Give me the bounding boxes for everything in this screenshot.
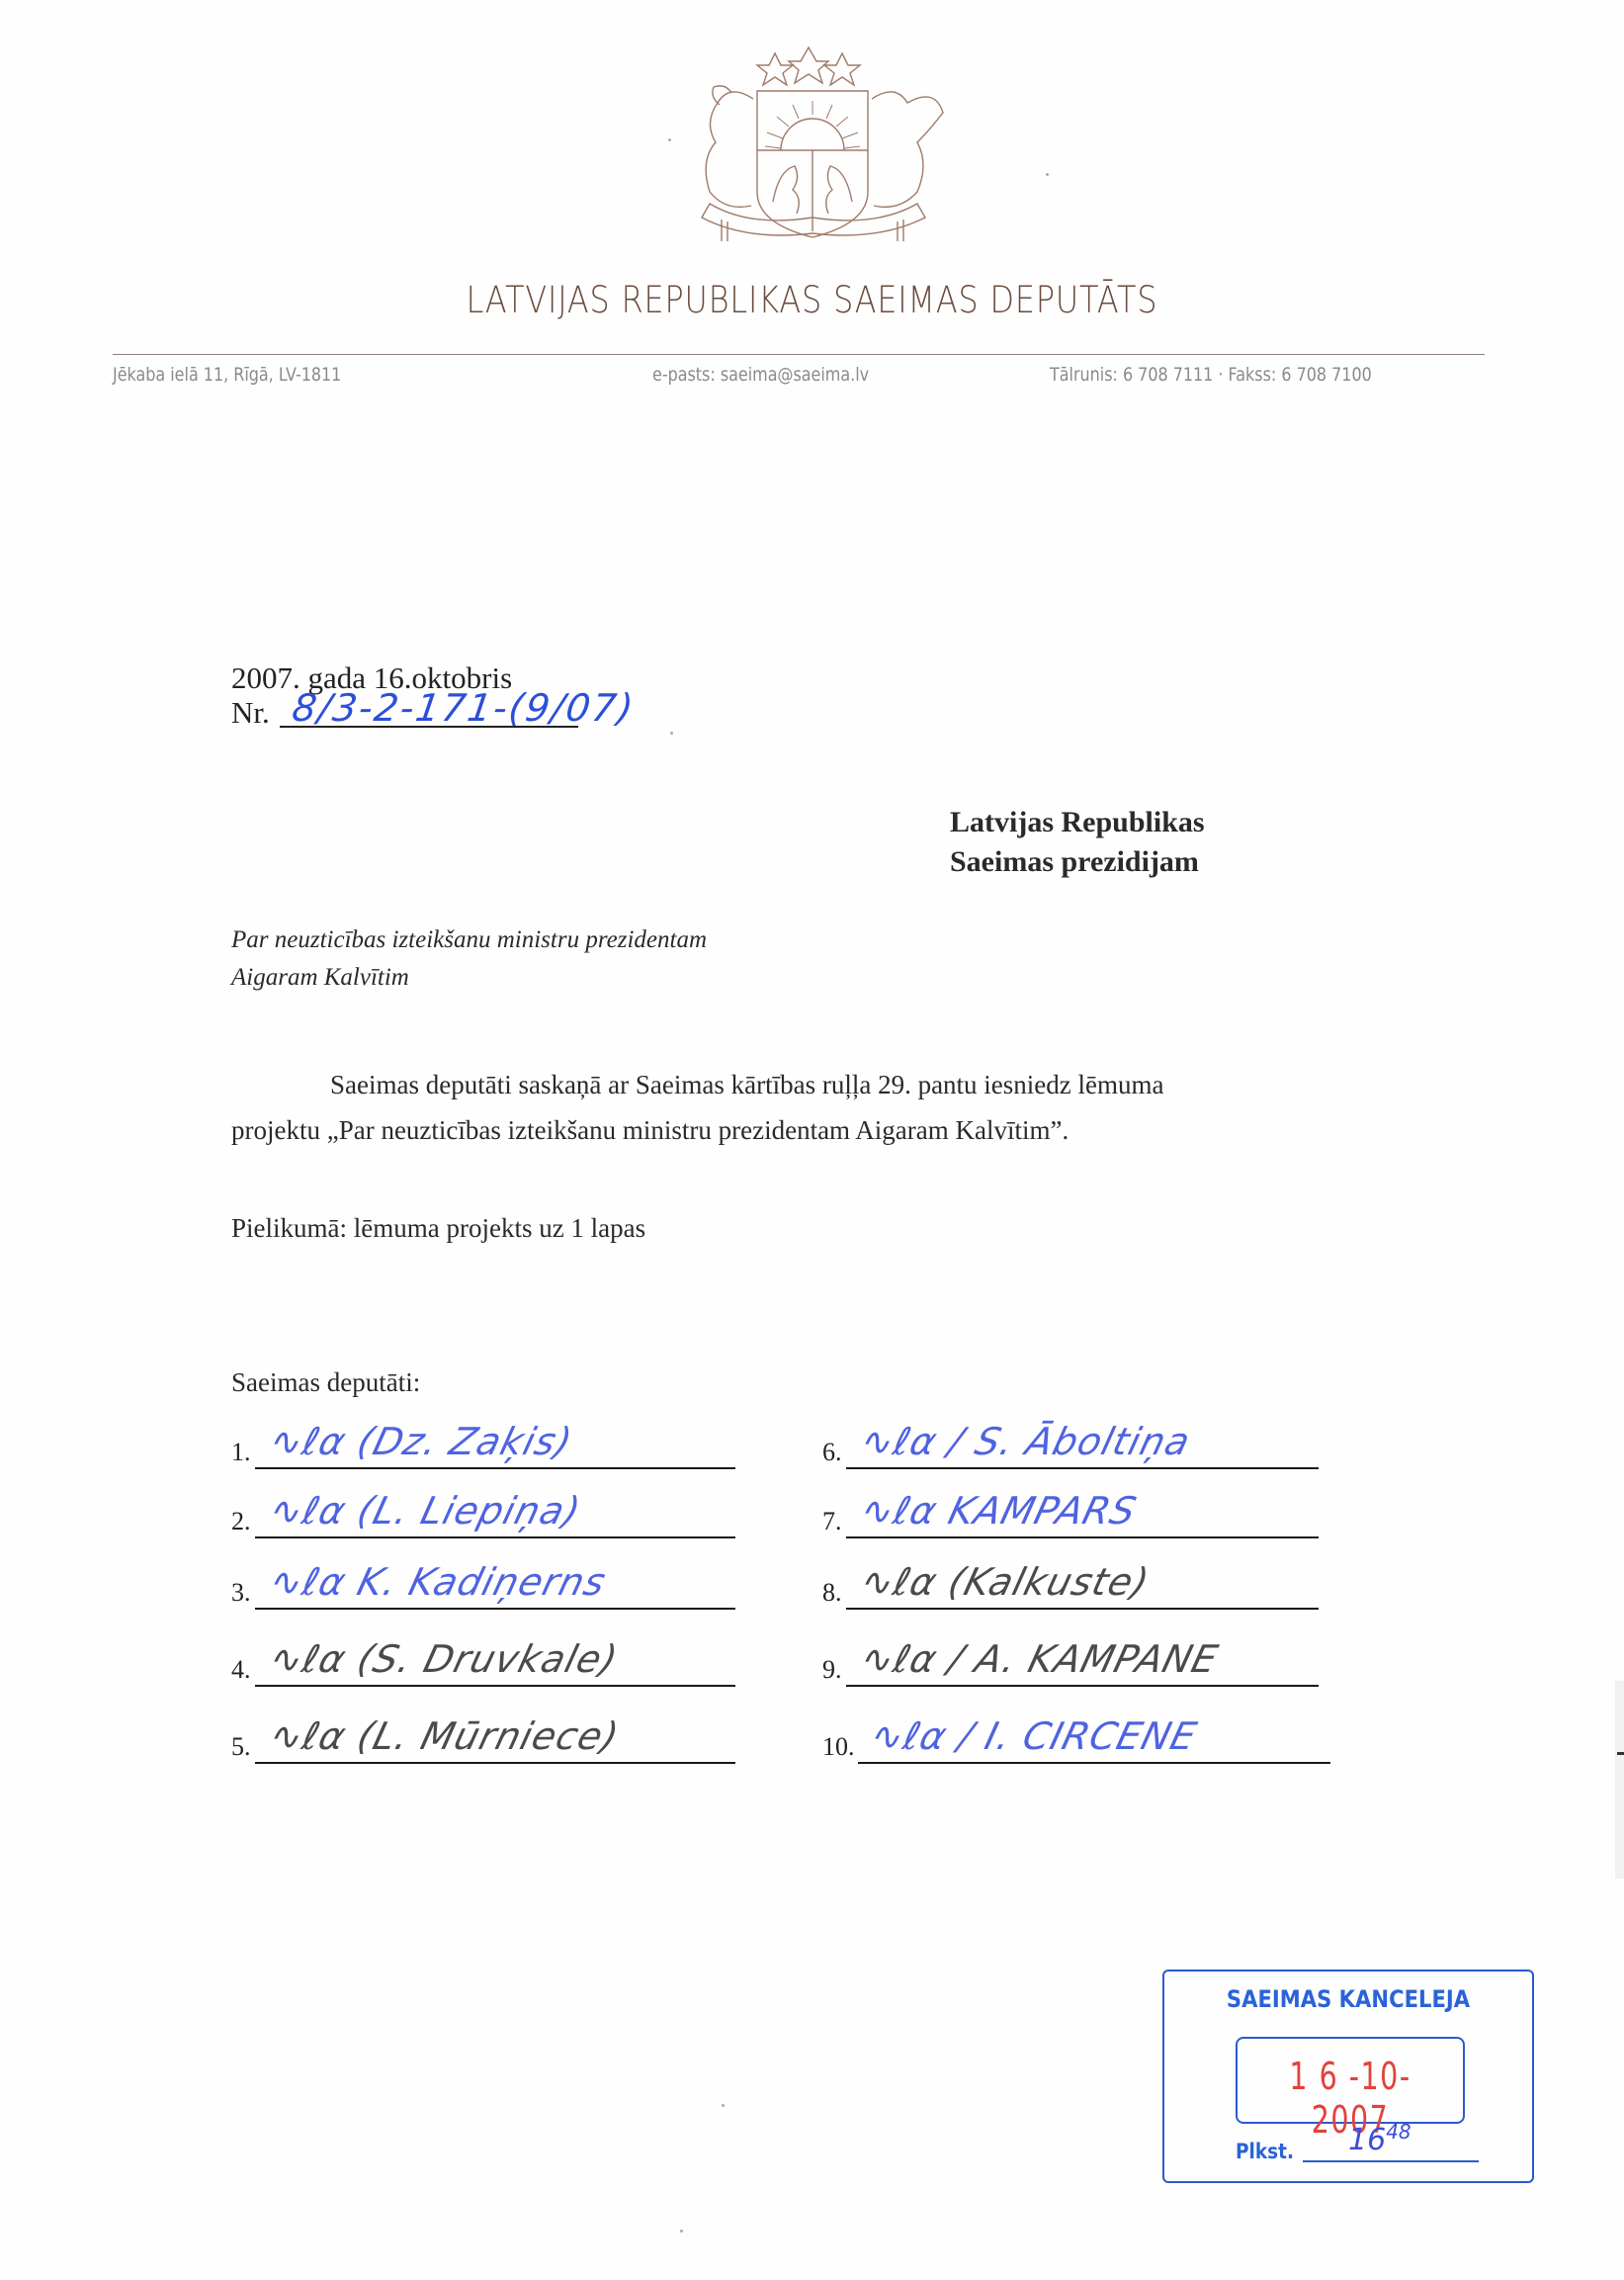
signature-row: 1.∿ℓα (Dz. Zaķis) xyxy=(231,1410,923,1469)
received-stamp: SAEIMAS KANCELEJA 1 6 -10- 2007 Plkst. 1… xyxy=(1162,1970,1534,2183)
signature-line xyxy=(846,1685,1319,1687)
signature-line xyxy=(255,1762,735,1764)
signature-number: 2. xyxy=(231,1507,251,1536)
scan-speck xyxy=(1046,173,1049,176)
stamp-time-label: Plkst. xyxy=(1236,2140,1294,2163)
signature-number: 4. xyxy=(231,1655,251,1685)
body-line: projektu „Par neuzticības izteikšanu min… xyxy=(231,1107,1358,1153)
signature-line xyxy=(255,1685,735,1687)
letterhead-divider xyxy=(113,354,1485,355)
signature-row: 5.∿ℓα (L. Mūrniece) xyxy=(231,1705,923,1764)
letterhead-email: e-pasts: saeima@saeima.lv xyxy=(652,364,869,386)
handwritten-signature: ∿ℓα KAMPARS xyxy=(857,1489,1142,1533)
signature-number: 9. xyxy=(822,1655,842,1685)
coat-of-arms-icon xyxy=(670,44,957,246)
scan-speck xyxy=(722,2104,725,2107)
signatures-heading: Saeimas deputāti: xyxy=(231,1367,420,1398)
scan-edge xyxy=(1615,1681,1624,1879)
signature-number: 5. xyxy=(231,1732,251,1762)
signature-row: 2.∿ℓα (L. Liepiņa) xyxy=(231,1479,923,1538)
body-line: Saeimas deputāti saskaņā ar Saeimas kārt… xyxy=(330,1070,1164,1099)
signature-number: 10. xyxy=(822,1732,855,1762)
signature-line xyxy=(846,1467,1319,1469)
stamp-date-box: 1 6 -10- 2007 xyxy=(1236,2037,1465,2124)
signature-number: 7. xyxy=(822,1507,842,1536)
signature-line xyxy=(255,1467,735,1469)
stamp-time-handwritten: 1648 xyxy=(1348,2120,1411,2157)
scan-speck xyxy=(680,2230,683,2233)
signature-number: 6. xyxy=(822,1438,842,1467)
scan-speck xyxy=(670,732,673,735)
letterhead-title: LATVIJAS REPUBLIKAS SAEIMAS DEPUTĀTS xyxy=(114,279,1510,321)
signature-line xyxy=(858,1762,1330,1764)
document-page: LATVIJAS REPUBLIKAS SAEIMAS DEPUTĀTS Jēk… xyxy=(0,0,1624,2280)
stamp-title: SAEIMAS KANCELEJA xyxy=(1186,1985,1509,2013)
signature-number: 3. xyxy=(231,1578,251,1608)
recipient-block: Latvijas Republikas Saeimas prezidijam xyxy=(950,803,1205,882)
signature-row: 4.∿ℓα (S. Druvkale) xyxy=(231,1627,923,1687)
subject-line: Aigaram Kalvītim xyxy=(231,959,707,997)
scan-edge-mark xyxy=(1617,1752,1624,1755)
signature-row: 6.∿ℓα / S. Āboltiņa xyxy=(822,1410,1514,1469)
signature-row: 8.∿ℓα (Kalkuste) xyxy=(822,1550,1514,1610)
signature-row: 3.∿ℓα K. Kadiņerns xyxy=(231,1550,923,1610)
handwritten-signature: ∿ℓα (L. Mūrniece) xyxy=(266,1714,624,1758)
stamp-time-underline xyxy=(1303,2160,1479,2162)
signature-line xyxy=(846,1536,1319,1538)
body-paragraph: Saeimas deputāti saskaņā ar Saeimas kārt… xyxy=(231,1062,1358,1153)
document-number-handwritten: 8/3-2-171-(9/07) xyxy=(290,686,638,730)
attachment-note: Pielikumā: lēmuma projekts uz 1 lapas xyxy=(231,1213,645,1244)
signature-row: 9.∿ℓα / A. KAMPANE xyxy=(822,1627,1514,1687)
recipient-line: Latvijas Republikas xyxy=(950,803,1205,842)
signature-number: 1. xyxy=(231,1438,251,1467)
subject-line: Par neuzticības izteikšanu ministru prez… xyxy=(231,921,707,959)
handwritten-signature: ∿ℓα / I. CIRCENE xyxy=(867,1714,1202,1758)
signature-line xyxy=(846,1608,1319,1610)
document-number-label: Nr. xyxy=(231,695,270,731)
handwritten-signature: ∿ℓα / A. KAMPANE xyxy=(857,1637,1224,1681)
signature-row: 10.∿ℓα / I. CIRCENE xyxy=(822,1705,1514,1764)
signature-number: 8. xyxy=(822,1578,842,1608)
letterhead-phone-fax: Tālrunis: 6 708 7111 · Fakss: 6 708 7100 xyxy=(1050,364,1372,386)
handwritten-signature: ∿ℓα (L. Liepiņa) xyxy=(266,1489,586,1533)
recipient-line: Saeimas prezidijam xyxy=(950,842,1205,882)
handwritten-signature: ∿ℓα / S. Āboltiņa xyxy=(857,1420,1196,1463)
scan-speck xyxy=(668,138,671,141)
handwritten-signature: ∿ℓα (Kalkuste) xyxy=(857,1560,1154,1604)
signature-row: 7.∿ℓα KAMPARS xyxy=(822,1479,1514,1538)
signature-line xyxy=(255,1536,735,1538)
letterhead-address: Jēkaba ielā 11, Rīgā, LV-1811 xyxy=(113,364,341,386)
handwritten-signature: ∿ℓα (Dz. Zaķis) xyxy=(266,1420,577,1463)
handwritten-signature: ∿ℓα (S. Druvkale) xyxy=(266,1637,623,1681)
handwritten-signature: ∿ℓα K. Kadiņerns xyxy=(266,1560,611,1604)
subject-block: Par neuzticības izteikšanu ministru prez… xyxy=(231,921,707,997)
signature-line xyxy=(255,1608,735,1610)
